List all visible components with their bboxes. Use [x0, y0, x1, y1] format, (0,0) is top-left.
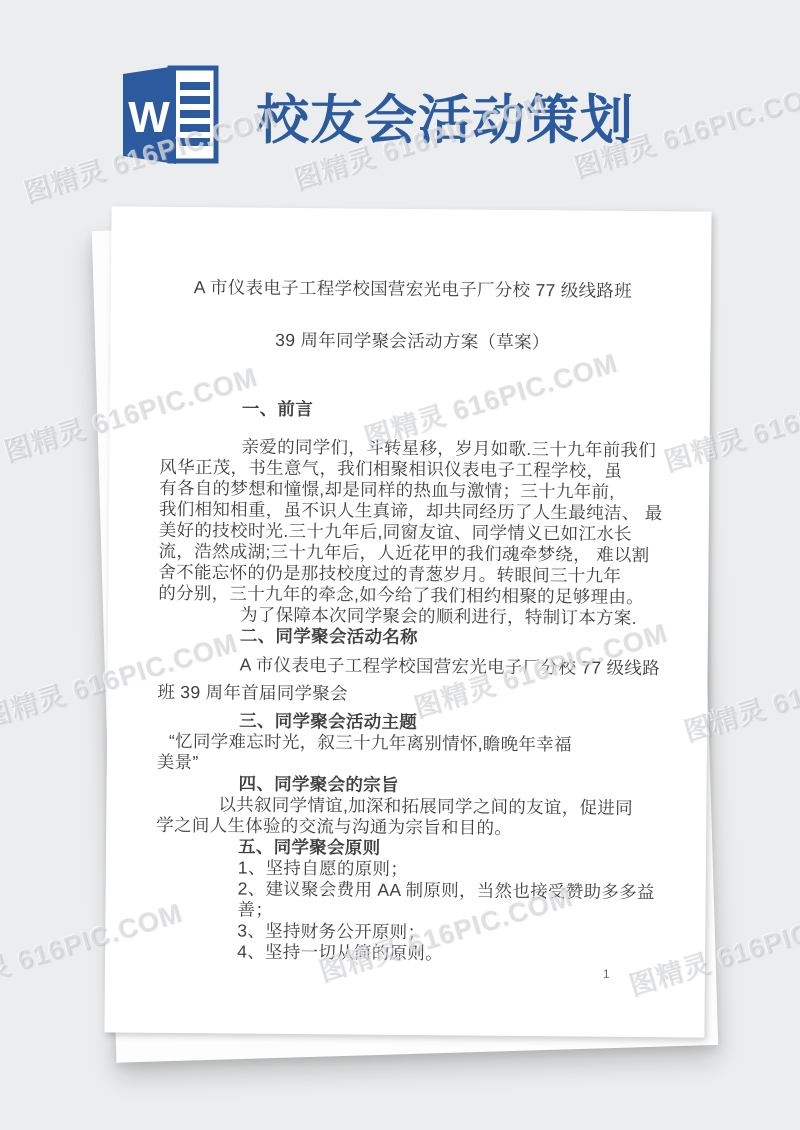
section-heading: 一、前言: [160, 398, 664, 423]
doc-line: 的分别，三十九年的牵念,如今给了我们相约相聚的足够理由。: [158, 583, 662, 608]
doc-title-line: A 市仪表电子工程学校国营宏光电子厂分校 77 级线路班: [161, 277, 665, 302]
page-number: 1: [603, 967, 610, 981]
template-preview-page: { "header": { "title": "校友会活动策划", "word_…: [0, 0, 800, 1130]
page-title: 校友会活动策划: [256, 78, 634, 154]
word-icon-letter: W: [128, 93, 170, 142]
doc-line: A 市仪表电子工程学校国营宏光电子厂分校 77 级线路: [158, 654, 662, 679]
doc-line: 学之间人生体验的交流与沟通为宗旨和目的。: [156, 815, 660, 840]
document-sheet-front: A 市仪表电子工程学校国营宏光电子厂分校 77 级线路班 39 周年同学聚会活动…: [104, 206, 711, 1037]
section-heading: 二、同学聚会活动名称: [158, 625, 662, 650]
doc-list-item: 2、建议聚会费用 AA 制原则，当然也接受赞助多多益善；: [155, 878, 659, 924]
doc-line: “忆同学难忘时光，叙三十九年离别情怀,瞻晚年幸福: [157, 731, 661, 756]
word-icon: W: [120, 64, 220, 166]
document-body: A 市仪表电子工程学校国营宏光电子厂分校 77 级线路班 39 周年同学聚会活动…: [155, 277, 665, 966]
doc-line: 班 39 周年首届同学聚会: [157, 682, 661, 707]
doc-list-item: 4、坚持一切从简的原则。: [155, 941, 659, 966]
doc-title-line: 39 周年同学聚会活动方案（草案）: [160, 329, 664, 354]
